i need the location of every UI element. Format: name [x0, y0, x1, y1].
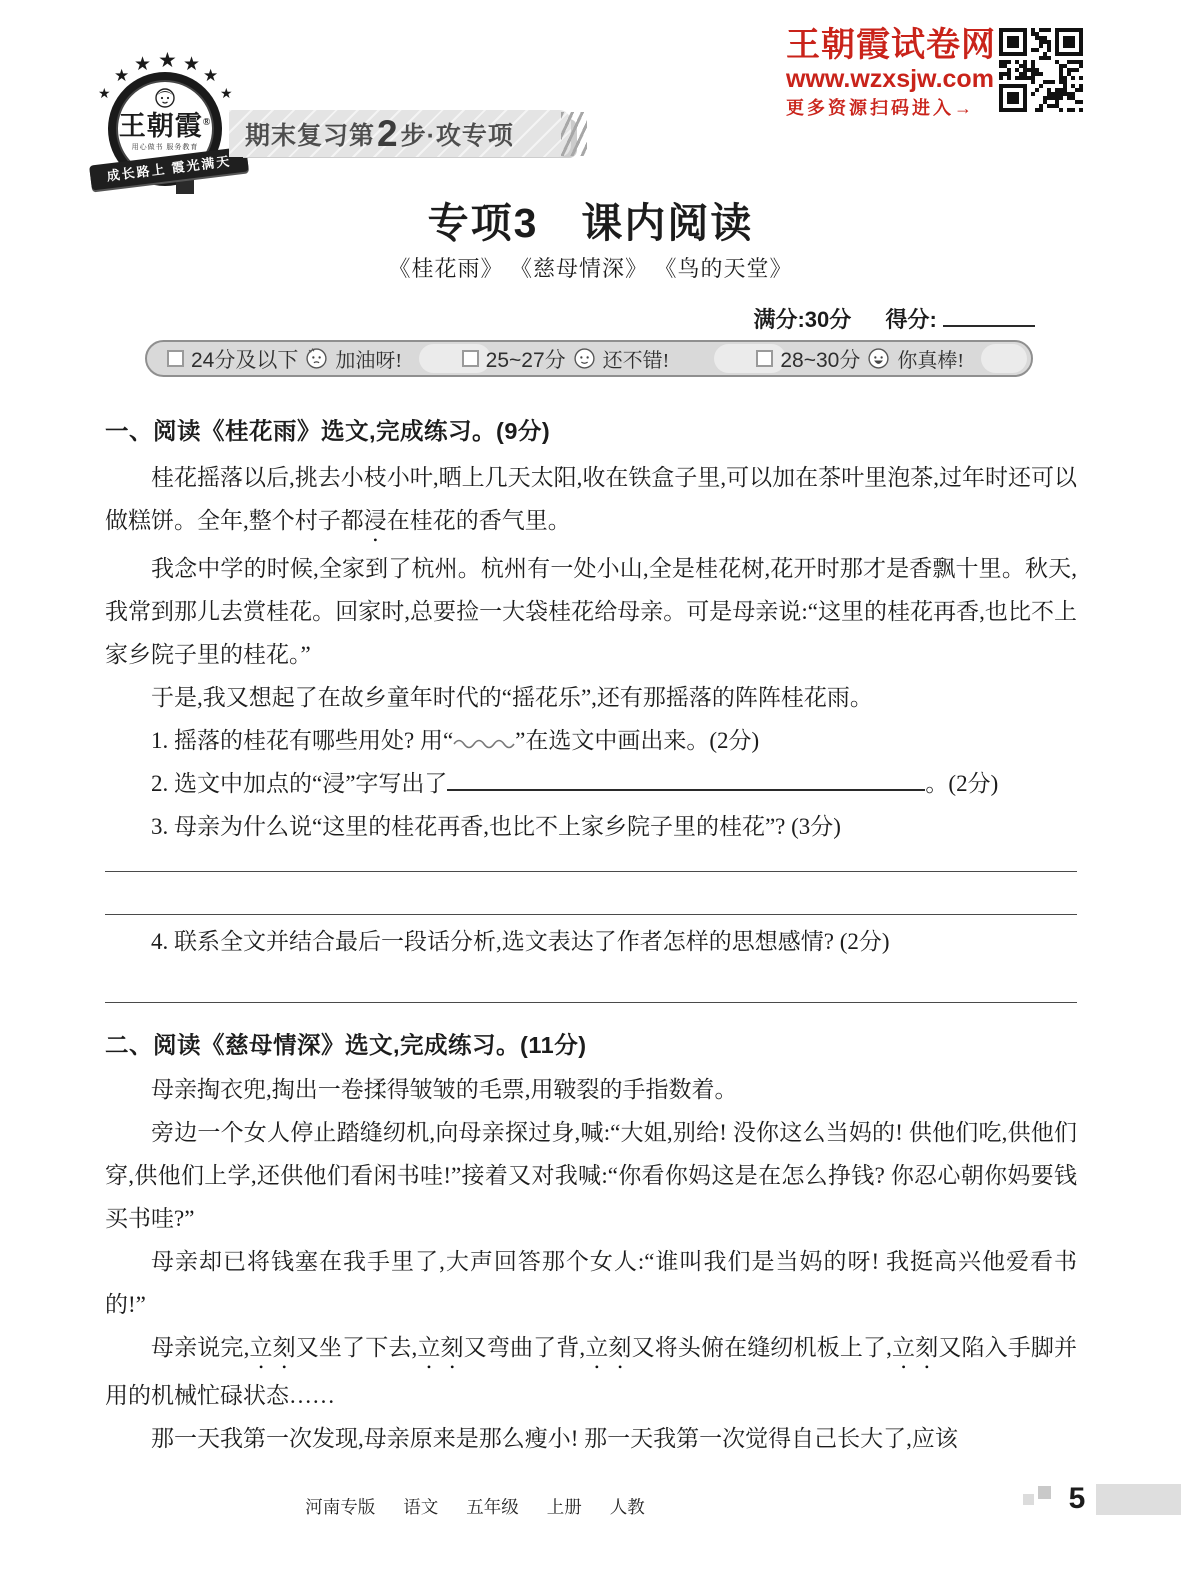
registered-mark: ® [203, 117, 211, 128]
answer-line[interactable] [105, 1002, 1077, 1003]
happy-face-icon [867, 347, 890, 370]
emphasized-text: 立刻 [585, 1335, 631, 1360]
question-3: 3. 母亲为什么说“这里的桂花再香,也比不上家乡院子里的桂花”? (3分) [105, 805, 1077, 848]
footer-publisher: 人教 [610, 1494, 645, 1519]
earned-score-label: 得分: [886, 307, 937, 332]
logo-name: 王朝霞® [119, 108, 211, 141]
emphasized-text: 立刻 [417, 1335, 463, 1360]
paragraph: 桂花摇落以后,挑去小枝小叶,晒上几天太阳,收在铁盒子里,可以加在茶叶里泡茶,过年… [105, 456, 1077, 547]
emphasized-text: 立刻 [892, 1335, 938, 1360]
tier-remark: 你真棒! [897, 344, 964, 373]
answer-line[interactable] [105, 914, 1077, 915]
page-title: 专项3 课内阅读 [0, 190, 1181, 249]
score-band: 24分及以下加油呀!25~27分还不错!28~30分你真棒! [145, 340, 1033, 377]
earned-score-blank[interactable] [943, 305, 1035, 327]
question-4: 4. 联系全文并结合最后一段话分析,选文表达了作者怎样的思想感情? (2分) [105, 920, 1077, 963]
score-tier-1: 24分及以下加油呀! [147, 344, 442, 374]
tier-remark: 还不错! [603, 344, 670, 373]
footer-subject: 语文 [403, 1494, 438, 1519]
ok-face-icon [573, 347, 596, 370]
emphasized-text: 浸 [364, 508, 387, 533]
sweat-face-icon [305, 347, 328, 370]
tier-range: 24分及以下 [191, 344, 298, 374]
mascot-face-icon [153, 86, 177, 108]
brand-tagline: 更多资源扫码进入→ [786, 95, 996, 121]
star-icon: ★ [203, 66, 218, 86]
section-1-heading: 一、阅读《桂花雨》选文,完成练习。(9分) [105, 410, 1077, 453]
footer-volume: 上册 [547, 1494, 582, 1519]
page-number: 5 [1060, 1482, 1094, 1516]
step-banner-prefix: 期末复习第 [245, 116, 375, 152]
star-icon: ★ [183, 53, 200, 76]
tier-checkbox[interactable] [756, 350, 773, 367]
score-line: 满分:30分 得分: [753, 303, 1035, 334]
page-number-block [1096, 1484, 1181, 1515]
brand-block: 王朝霞试卷网 www.wzxsjw.com 更多资源扫码进入→ [786, 26, 996, 121]
fill-in-blank[interactable] [447, 768, 925, 791]
tier-checkbox[interactable] [167, 350, 184, 367]
publisher-logo: ★ ★ ★ ★ ★ ★ ★ 王朝霞® 用心做书 服务教育 成长路上 霞光满天 [100, 56, 236, 196]
star-icon: ★ [158, 48, 177, 73]
paragraph: 母亲掏衣兜,掏出一卷揉得皱皱的毛票,用皲裂的手指数着。 [105, 1068, 1077, 1111]
tier-range: 25~27分 [486, 344, 566, 374]
score-tier-3: 28~30分你真棒! [736, 344, 1031, 374]
star-icon: ★ [114, 66, 129, 86]
section-1-passage: 桂花摇落以后,挑去小枝小叶,晒上几天太阳,收在铁盒子里,可以加在茶叶里泡茶,过年… [105, 456, 1077, 848]
star-icon: ★ [220, 86, 233, 103]
paragraph: 旁边一个女人停止踏缝纫机,向母亲探过身,喊:“大姐,别给! 没你这么当妈的! 供… [105, 1111, 1077, 1240]
footer-grade: 五年级 [466, 1494, 519, 1519]
worksheet-page: ★ ★ ★ ★ ★ ★ ★ 王朝霞® 用心做书 服务教育 成长路上 霞光满天 期… [0, 0, 1181, 1582]
tier-remark: 加油呀! [335, 344, 402, 373]
tier-checkbox[interactable] [462, 350, 479, 367]
section-2-heading: 二、阅读《慈母情深》选文,完成练习。(11分) [105, 1024, 1077, 1067]
step-banner-suffix: 步·攻专项 [401, 116, 514, 152]
page-subtitle: 《桂花雨》 《慈母情深》 《鸟的天堂》 [0, 252, 1181, 283]
tier-range: 28~30分 [780, 344, 860, 374]
full-score-label: 满分:30分 [753, 307, 851, 332]
question-2: 2. 选文中加点的“浸”字写出了。(2分) [105, 762, 1077, 805]
paragraph: 母亲却已将钱塞在我手里了,大声回答那个女人:“谁叫我们是当妈的呀! 我挺高兴他爱… [105, 1240, 1077, 1326]
footer: 河南专版 语文 五年级 上册 人教 [105, 1494, 845, 1519]
paragraph: 母亲说完,立刻又坐了下去,立刻又弯曲了背,立刻又将头俯在缝纫机板上了,立刻又陷入… [105, 1326, 1077, 1417]
question-1: 1. 摇落的桂花有哪些用处? 用“”在选文中画出来。(2分) [105, 719, 1077, 762]
wavy-line-icon [453, 738, 515, 750]
brand-site-name: 王朝霞试卷网 [786, 26, 996, 64]
paragraph: 那一天我第一次发现,母亲原来是那么瘦小! 那一天我第一次觉得自己长大了,应该 [105, 1417, 1077, 1460]
page-number-decoration [1023, 1486, 1053, 1514]
paragraph: 我念中学的时候,全家到了杭州。杭州有一处小山,全是桂花树,花开时那才是香飘十里。… [105, 547, 1077, 676]
passage-paragraphs: 母亲掏衣兜,掏出一卷揉得皱皱的毛票,用皲裂的手指数着。旁边一个女人停止踏缝纫机,… [105, 1068, 1077, 1460]
step-number: 2 [377, 113, 399, 155]
section-2-passage: 母亲掏衣兜,掏出一卷揉得皱皱的毛票,用皲裂的手指数着。旁边一个女人停止踏缝纫机,… [105, 1068, 1077, 1460]
footer-edition: 河南专版 [305, 1494, 375, 1519]
star-icon: ★ [134, 53, 151, 76]
passage-paragraphs: 桂花摇落以后,挑去小枝小叶,晒上几天太阳,收在铁盒子里,可以加在茶叶里泡茶,过年… [105, 456, 1077, 719]
answer-line[interactable] [105, 871, 1077, 872]
star-icon: ★ [98, 86, 111, 103]
paragraph: 于是,我又想起了在故乡童年时代的“摇花乐”,还有那摇落的阵阵桂花雨。 [105, 676, 1077, 719]
qr-code [999, 28, 1083, 112]
brand-site-url: www.wzxsjw.com [786, 64, 996, 95]
score-tier-2: 25~27分还不错! [442, 344, 737, 374]
step-banner: 期末复习第 2 步·攻专项 [229, 110, 571, 157]
logo-slogan: 用心做书 服务教育 [132, 142, 199, 152]
emphasized-text: 立刻 [249, 1335, 295, 1360]
